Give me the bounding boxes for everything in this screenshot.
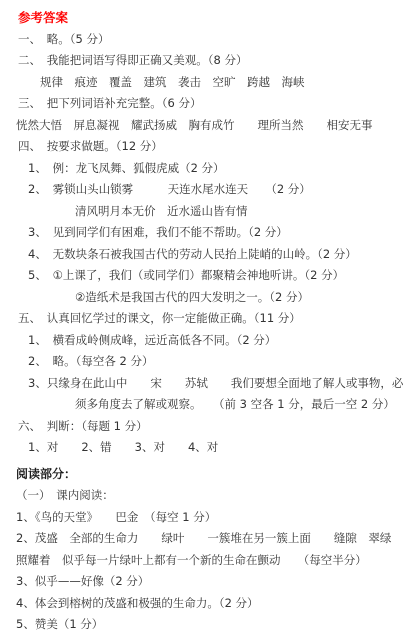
section-6-heading: 六、 判断：（每题 1 分） [18,416,409,438]
reading-answer-item: 5、赞美（1 分） [16,614,409,636]
answer-item-continued: ②造纸术是我国古代的四大发明之一。（2 分） [75,287,409,309]
answer-item: 5、 ①上课了，我们（或同学们）都聚精会神地听讲。（2 分） [28,265,409,287]
word-list-row: 规律 痕迹 覆盖 建筑 袭击 空旷 跨越 海峡 [40,72,409,94]
section-3-heading: 三、 把下列词语补充完整。（6 分） [18,93,409,115]
answers-heading: 参考答案 [18,7,409,29]
answer-item-continued: 清风明月本无价 近水遥山皆有情 [75,201,409,223]
reading-subsection-heading: （一） 课内阅读： [16,485,409,507]
answer-item: 3、 见到同学们有困难，我们不能不帮助。（2 分） [28,222,409,244]
answer-item: 2、 雾锁山头山锁雾 天连水尾水连天 （2 分） [28,179,409,201]
reading-answer-item: 4、体会到榕树的茂盛和极强的生命力。（2 分） [16,593,409,615]
answer-item: 3、只缘身在此山中 宋 苏轼 我们要想全面地了解人或事物，必 [28,373,409,395]
section-2-heading: 二、 我能把词语写得即正确又美观。（8 分） [18,50,409,72]
section-4-heading: 四、 按要求做题。（12 分） [18,136,409,158]
answer-item: 1、 横看成岭侧成峰，远近高低各不同。（2 分） [28,330,409,352]
reading-section-heading: 阅读部分： [16,464,409,486]
section-1-heading: 一、 略。（5 分） [18,29,409,51]
word-list-row: 恍然大悟 屏息凝视 耀武扬威 胸有成竹 理所当然 相安无事 [16,115,409,137]
judgement-answers-row: 1、对 2、错 3、对 4、对 [28,437,409,459]
reading-answer-continued: 照耀着 似乎每一片绿叶上都有一个新的生命在颤动 （每空半分） [16,550,409,572]
answer-item: 4、 无数块条石被我国古代的劳动人民抬上陡峭的山岭。（2 分） [28,244,409,266]
reading-answer-item: 2、茂盛 全部的生命力 绿叶 一簇堆在另一簇上面 缝隙 翠绿 [16,528,409,550]
answer-item: 2、 略。（每空各 2 分） [28,351,409,373]
reading-answer-item: 1、《鸟的天堂》 巴金 （每空 1 分） [16,507,409,529]
answer-sheet-document: 参考答案 一、 略。（5 分） 二、 我能把词语写得即正确又美观。（8 分） 规… [0,0,409,637]
answer-item-continued: 须多角度去了解或观察。 （前 3 空各 1 分，最后一空 2 分） [75,394,409,416]
reading-answer-item: 3、似乎——好像（2 分） [16,571,409,593]
section-5-heading: 五、 认真回忆学过的课文，你一定能做正确。（11 分） [18,308,409,330]
answer-item: 1、 例：龙飞凤舞、狐假虎威（2 分） [28,158,409,180]
